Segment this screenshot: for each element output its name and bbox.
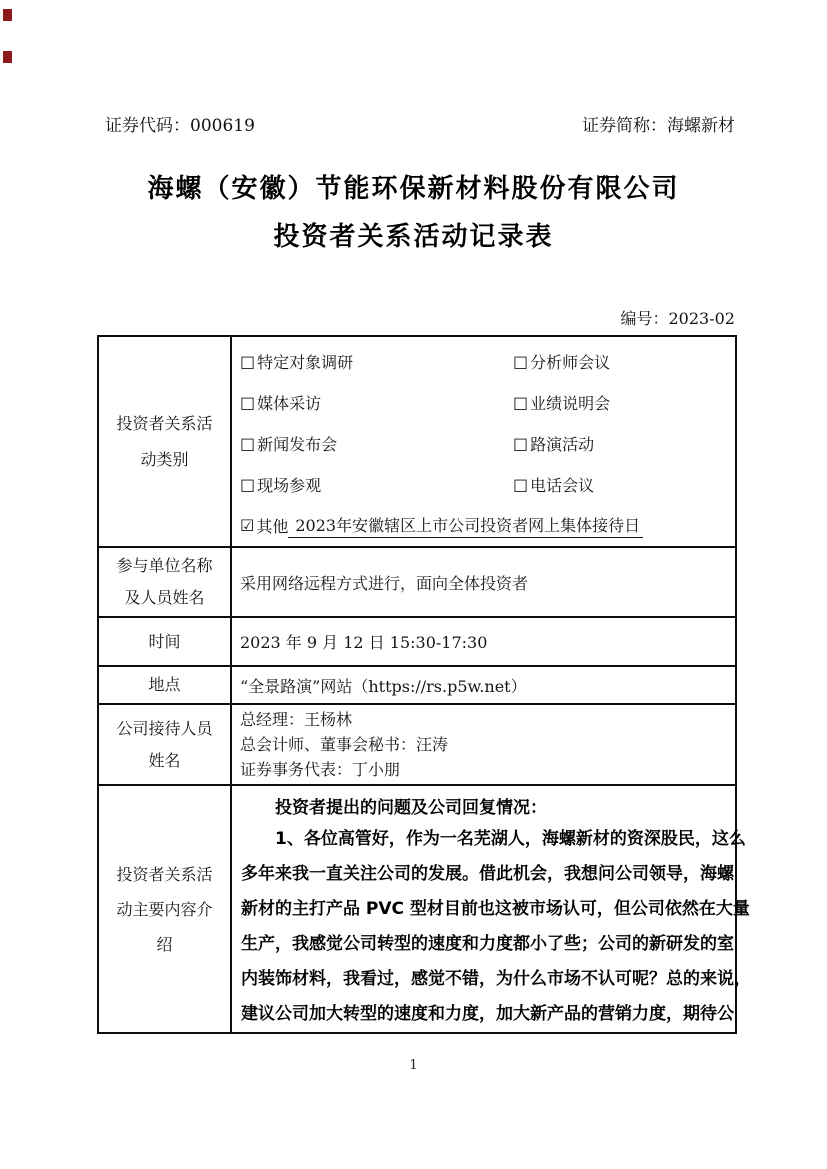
option-label: 现场参观	[257, 473, 321, 496]
location-value: “全景路演”网站（https://rs.p5w.net）	[240, 677, 527, 696]
paragraph-line: 新材的主打产品 PVC 型材目前也这被市场认可，但公司依然在大量	[241, 892, 726, 927]
participants-label-cell: 参与单位名称 及人员姓名	[98, 547, 231, 617]
qa-heading: 投资者提出的问题及公司回复情况：	[241, 794, 726, 822]
table-row-time: 时间 2023 年 9 月 12 日 15:30-17:30	[98, 617, 736, 666]
checkbox-unchecked-icon: □	[240, 393, 255, 412]
checkbox-unchecked-icon: □	[240, 352, 255, 371]
checkbox-unchecked-icon: □	[513, 352, 528, 371]
row-label: 动主要内容介	[103, 892, 226, 927]
left-edge-red-mark-top	[3, 9, 12, 21]
option-results-briefing: □ 业绩说明会	[513, 391, 610, 414]
option-line: □ 媒体采访 □ 业绩说明会	[240, 382, 735, 423]
option-label: 特定对象调研	[257, 350, 353, 373]
row-label: 公司接待人员	[103, 713, 226, 745]
option-other-value: 2023年安徽辖区上市公司投资者网上集体接待日	[288, 513, 643, 538]
participants-value-cell: 采用网络远程方式进行，面向全体投资者	[231, 547, 736, 617]
receptionists-label-cell: 公司接待人员 姓名	[98, 704, 231, 785]
document-number: 编号：2023-02	[621, 306, 736, 329]
option-other-label: 其他	[256, 514, 288, 537]
option-line: □ 新闻发布会 □ 路演活动	[240, 423, 735, 464]
page-number: 1	[0, 1058, 827, 1073]
record-table: 投资者关系活 动类别 □ 特定对象调研 □ 分析师会议 □	[97, 335, 737, 1034]
row-label: 及人员姓名	[103, 582, 226, 614]
option-conference-call: □ 电话会议	[513, 473, 594, 496]
checkbox-checked-icon: ☑	[240, 516, 254, 535]
option-label: 媒体采访	[257, 391, 321, 414]
table-row-location: 地点 “全景路演”网站（https://rs.p5w.net）	[98, 666, 736, 704]
option-label: 分析师会议	[530, 350, 610, 373]
option-press-conference: □ 新闻发布会	[240, 432, 513, 455]
paragraph-line: 1、各位高管好，作为一名芜湖人，海螺新材的资深股民，这么	[241, 822, 726, 857]
checkbox-unchecked-icon: □	[513, 393, 528, 412]
table-row-activity-type: 投资者关系活 动类别 □ 特定对象调研 □ 分析师会议 □	[98, 336, 736, 547]
option-label: 业绩说明会	[530, 391, 610, 414]
receptionist-line: 总会计师、董事会秘书：汪涛	[240, 732, 727, 757]
time-value-cell: 2023 年 9 月 12 日 15:30-17:30	[231, 617, 736, 666]
row-label: 绍	[103, 927, 226, 962]
checkbox-unchecked-icon: □	[513, 475, 528, 494]
company-name-title: 海螺（安徽）节能环保新材料股份有限公司	[0, 168, 827, 205]
paragraph-line: 内装饰材料，我看过，感觉不错，为什么市场不认可呢？总的来说，	[241, 962, 726, 997]
row-label: 姓名	[103, 745, 226, 777]
location-label-cell: 地点	[98, 666, 231, 704]
time-value: 2023 年 9 月 12 日 15:30-17:30	[240, 633, 487, 652]
row-label: 地点	[103, 669, 226, 701]
option-other: ☑ 其他 2023年安徽辖区上市公司投资者网上集体接待日	[240, 505, 735, 546]
paragraph-line: 多年来我一直关注公司的发展。借此机会，我想问公司领导，海螺	[241, 857, 726, 892]
checkbox-unchecked-icon: □	[513, 434, 528, 453]
row-label: 时间	[103, 626, 226, 658]
option-label: 新闻发布会	[257, 432, 337, 455]
option-analyst-meeting: □ 分析师会议	[513, 350, 610, 373]
activity-type-options-cell: □ 特定对象调研 □ 分析师会议 □ 媒体采访 □ 业绩说明会	[231, 336, 736, 547]
location-value-cell: “全景路演”网站（https://rs.p5w.net）	[231, 666, 736, 704]
table-row-participants: 参与单位名称 及人员姓名 采用网络远程方式进行，面向全体投资者	[98, 547, 736, 617]
stock-code: 证券代码：000619	[105, 115, 255, 137]
option-line: □ 特定对象调研 □ 分析师会议	[240, 341, 735, 382]
paragraph-line: 建议公司加大转型的速度和力度，加大新产品的营销力度，期待公	[241, 997, 726, 1032]
option-roadshow: □ 路演活动	[513, 432, 594, 455]
document-title: 投资者关系活动记录表	[0, 216, 827, 253]
option-media-interview: □ 媒体采访	[240, 391, 513, 414]
paragraph-line: 生产，我感觉公司转型的速度和力度都小了些；公司的新研发的室	[241, 927, 726, 962]
content-value-cell: 投资者提出的问题及公司回复情况： 1、各位高管好，作为一名芜湖人，海螺新材的资深…	[231, 785, 736, 1033]
table-row-content: 投资者关系活 动主要内容介 绍 投资者提出的问题及公司回复情况： 1、各位高管好…	[98, 785, 736, 1033]
row-label: 投资者关系活	[103, 857, 226, 892]
row-label: 投资者关系活	[103, 406, 226, 442]
document-page: 证券代码：000619 证券简称：海螺新材 海螺（安徽）节能环保新材料股份有限公…	[0, 0, 827, 1169]
time-label-cell: 时间	[98, 617, 231, 666]
checkbox-unchecked-icon: □	[240, 475, 255, 494]
stock-short-name: 证券简称：海螺新材	[582, 115, 735, 137]
option-label: 电话会议	[530, 473, 594, 496]
receptionist-line: 证券事务代表：丁小朋	[240, 757, 727, 782]
header-meta: 证券代码：000619 证券简称：海螺新材	[105, 115, 735, 137]
option-site-visit: □ 现场参观	[240, 473, 513, 496]
left-edge-red-mark-bottom	[3, 51, 12, 63]
checkbox-unchecked-icon: □	[240, 434, 255, 453]
row-label: 参与单位名称	[103, 550, 226, 582]
activity-type-label-cell: 投资者关系活 动类别	[98, 336, 231, 547]
option-line: □ 现场参观 □ 电话会议	[240, 464, 735, 505]
row-label: 动类别	[103, 442, 226, 478]
receptionist-line: 总经理：王杨林	[240, 707, 727, 732]
option-specific-research: □ 特定对象调研	[240, 350, 513, 373]
content-label-cell: 投资者关系活 动主要内容介 绍	[98, 785, 231, 1033]
option-label: 路演活动	[530, 432, 594, 455]
table-row-receptionists: 公司接待人员 姓名 总经理：王杨林 总会计师、董事会秘书：汪涛 证券事务代表：丁…	[98, 704, 736, 785]
receptionists-value-cell: 总经理：王杨林 总会计师、董事会秘书：汪涛 证券事务代表：丁小朋	[231, 704, 736, 785]
participants-value: 采用网络远程方式进行，面向全体投资者	[240, 574, 528, 593]
